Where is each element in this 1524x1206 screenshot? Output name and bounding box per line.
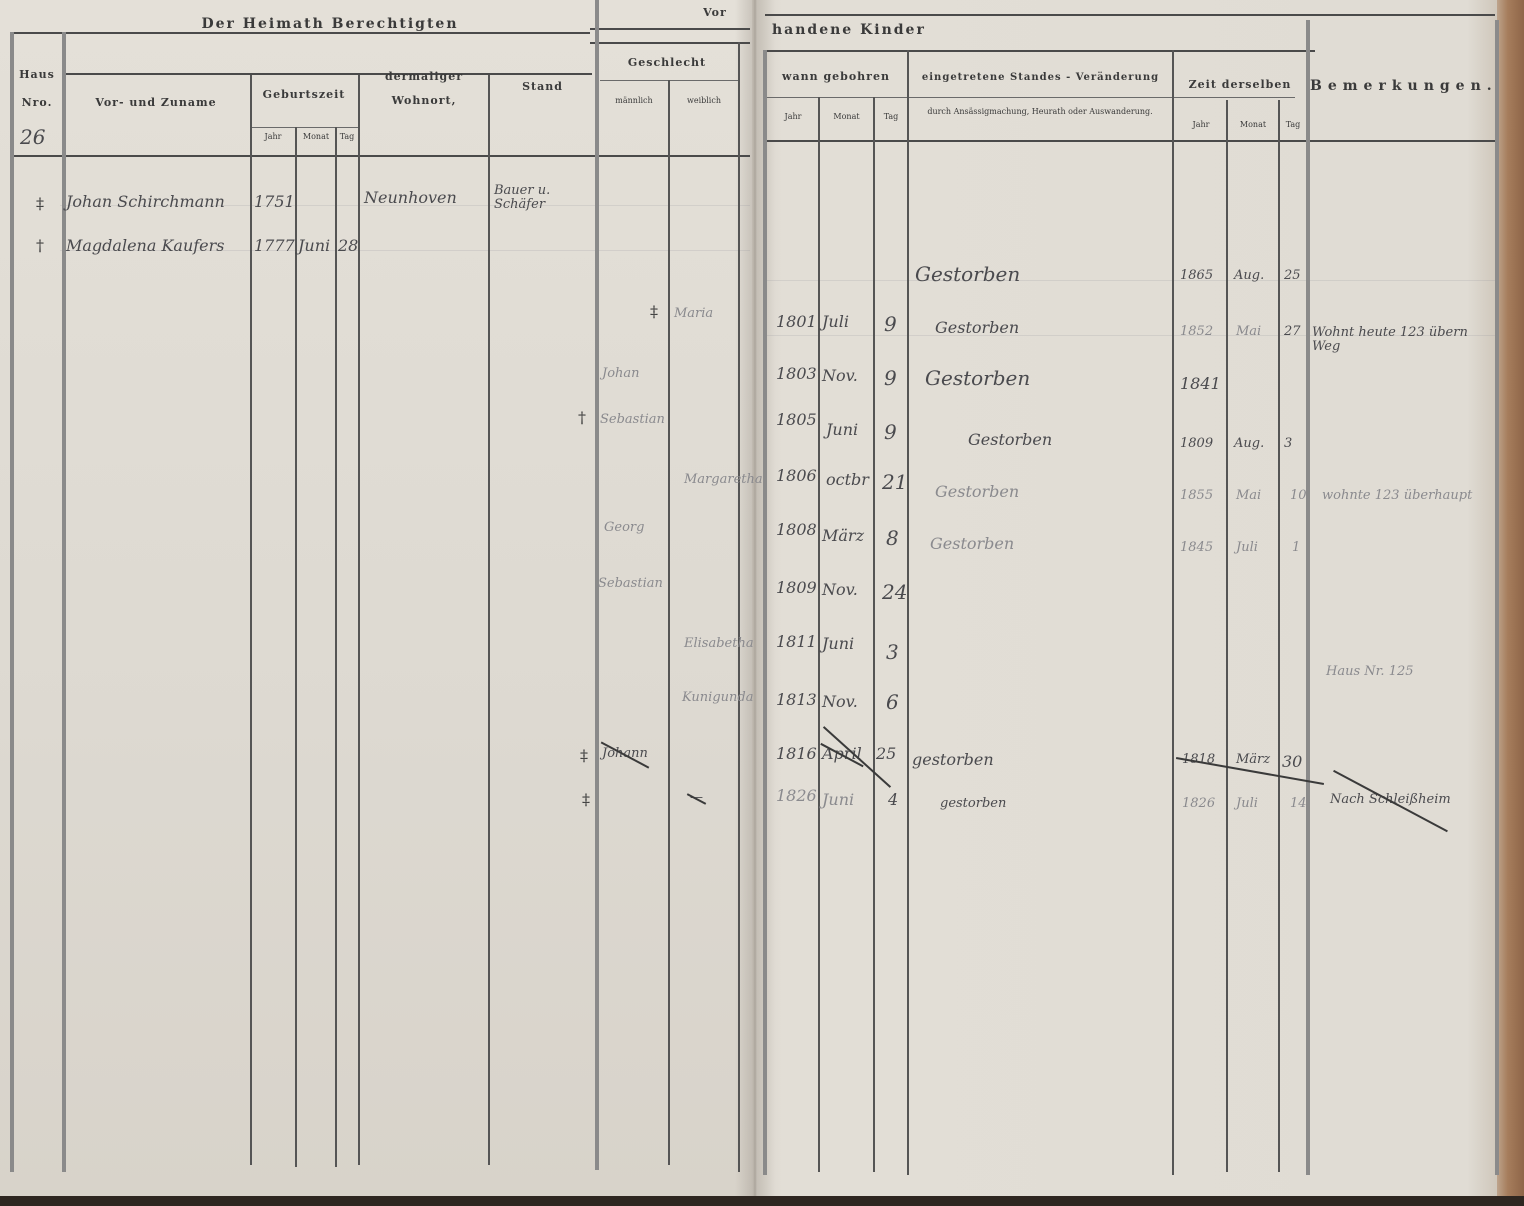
column-rule: [250, 75, 252, 1165]
col-standes-veraenderung: eingetretene Standes - Veränderung: [909, 72, 1172, 83]
parent-birth-year: 1777: [254, 236, 295, 255]
child-birth-year: 1801: [776, 312, 817, 331]
child-event-month: März: [1236, 752, 1270, 767]
child-event-day: 14: [1290, 796, 1307, 811]
child-event-month: Aug.: [1234, 436, 1264, 451]
parent-event: Gestorben: [915, 262, 1020, 286]
header-top-rule: [765, 14, 1495, 16]
child-event-year: 1845: [1180, 540, 1213, 555]
header-top-rule: [10, 32, 590, 34]
child-birth-month: Nov.: [822, 580, 858, 599]
banner-rule: [765, 50, 1315, 52]
child-male-name: Sebastian: [600, 412, 665, 427]
parent-event-day: 25: [1284, 268, 1301, 283]
deceased-mark: ‡: [650, 302, 658, 321]
child-event: Gestorben: [935, 318, 1019, 337]
child-birth-month: Juni: [822, 634, 854, 653]
child-birth-year: 1816: [776, 744, 817, 763]
col-kind-jahr: Jahr: [768, 112, 818, 121]
column-rule: [488, 75, 490, 1165]
child-birth-month: Nov.: [822, 692, 858, 711]
book-gutter: [735, 0, 775, 1198]
column-rule: [818, 97, 820, 1172]
child-male-name: Sebastian: [598, 576, 663, 591]
subheader-rule: [600, 80, 740, 81]
col-haus: Haus: [12, 68, 62, 81]
column-rule: [335, 127, 337, 1167]
child-note: Nach Schleißheim: [1330, 792, 1451, 807]
child-birth-year: 1806: [776, 466, 817, 485]
col-maennlich: männlich: [600, 96, 668, 105]
child-female-name: Kunigunda: [682, 690, 753, 705]
child-event-day: 3: [1284, 436, 1292, 451]
col-name: Vor- und Zuname: [62, 96, 250, 109]
child-event-year: 1809: [1180, 436, 1213, 451]
child-event-month: Juli: [1236, 796, 1258, 811]
parent-birth-year: 1751: [254, 192, 295, 211]
child-birth-day: 25: [876, 744, 896, 763]
child-female-name: Elisabetha: [684, 636, 754, 651]
book-edge: [1497, 0, 1524, 1206]
col-zeit-derselben: Zeit derselben: [1174, 78, 1306, 91]
child-birth-year: 1805: [776, 410, 817, 429]
child-event-day: 10: [1290, 488, 1307, 503]
child-birth-year: 1811: [776, 632, 817, 651]
child-event: Gestorben: [935, 482, 1019, 501]
parent-event-month: Aug.: [1234, 268, 1264, 283]
child-male-name: Johann: [602, 746, 648, 761]
col-geburtszeit: Geburtszeit: [250, 88, 358, 101]
column-rule: [10, 32, 14, 1172]
column-rule: [295, 127, 297, 1167]
parent-name: Johan Schirchmann: [66, 192, 225, 211]
child-event-year: 1826: [1182, 796, 1215, 811]
child-event-year: 1855: [1180, 488, 1213, 503]
parent-birth-day: 28: [338, 236, 358, 255]
parent-wohnort: Neunhoven: [364, 188, 457, 207]
col-zeit-tag: Tag: [1280, 120, 1306, 129]
child-birth-year: 1813: [776, 690, 817, 709]
left-page: [0, 0, 752, 1198]
child-birth-year: 1826: [776, 786, 817, 805]
child-birth-day: 24: [882, 580, 907, 604]
child-birth-day: 21: [882, 470, 907, 494]
child-birth-year: 1808: [776, 520, 817, 539]
deceased-mark: †: [578, 408, 586, 427]
column-rule: [668, 80, 670, 1165]
col-zeit-monat: Monat: [1228, 120, 1278, 129]
house-number: 26: [20, 125, 45, 149]
child-birth-day: 3: [886, 640, 899, 664]
child-birth-month: März: [822, 526, 864, 545]
child-female-name: Margaretha: [684, 472, 763, 487]
column-rule: [907, 50, 909, 1175]
banner-rule: [590, 42, 750, 44]
child-female-name: —: [690, 790, 703, 805]
child-female-name: Maria: [674, 306, 713, 321]
child-event-day: 1: [1292, 540, 1300, 555]
column-rule: [873, 97, 875, 1172]
col-nro: Nro.: [12, 96, 62, 109]
child-male-name: Johan: [602, 366, 640, 381]
header-top-rule: [590, 28, 750, 30]
subheader-rule: [250, 127, 360, 128]
col-wohnort-2: Wohnort,: [360, 94, 488, 107]
child-birth-day: 8: [886, 526, 899, 550]
child-event: gestorben: [940, 796, 1006, 811]
column-rule: [1306, 20, 1310, 1175]
deceased-mark: †: [36, 236, 44, 255]
child-birth-day: 9: [884, 312, 897, 336]
column-rule: [1495, 20, 1499, 1175]
banner-handene-kinder: handene Kinder: [772, 22, 932, 38]
col-stand: Stand: [490, 80, 595, 93]
child-event-day: 30: [1282, 752, 1302, 771]
child-event-year: 1841: [1180, 374, 1221, 393]
child-event: Gestorben: [925, 366, 1030, 390]
child-birth-day: 9: [884, 366, 897, 390]
child-event-month: Mai: [1236, 488, 1261, 503]
col-monat: Monat: [296, 132, 336, 141]
subheader-rule: [765, 97, 1295, 98]
deceased-mark: ‡: [36, 194, 44, 213]
parent-birth-month: Juni: [298, 236, 330, 255]
child-event: Gestorben: [930, 534, 1014, 553]
col-geschlecht: Geschlecht: [597, 56, 737, 69]
col-kind-tag: Tag: [875, 112, 907, 121]
banner-vor: Vor: [690, 6, 740, 19]
child-event-year: 1852: [1180, 324, 1213, 339]
child-birth-month: Juni: [822, 790, 854, 809]
child-birth-month: April: [822, 744, 862, 763]
book-bottom-edge: [0, 1196, 1524, 1206]
col-standes-sub: durch Ansässigmachung, Heurath oder Ausw…: [915, 106, 1165, 118]
column-rule: [763, 50, 767, 1175]
parent-name: Magdalena Kaufers: [66, 236, 225, 255]
right-page: [752, 0, 1497, 1198]
child-note: Wohnt heute 123 übern Weg: [1312, 326, 1492, 354]
deceased-mark: ‡: [580, 746, 588, 765]
col-weiblich: weiblich: [670, 96, 738, 105]
banner-heimath-berechtigten: Der Heimath Berechtigten: [180, 16, 480, 32]
child-male-name: Georg: [604, 520, 644, 535]
child-note: wohnte 123 überhaupt: [1322, 488, 1472, 503]
child-birth-month: Nov.: [822, 366, 858, 385]
child-birth-day: 4: [888, 790, 898, 809]
child-birth-day: 9: [884, 420, 897, 444]
child-birth-year: 1803: [776, 364, 817, 383]
col-wann-gebohren: wann gebohren: [765, 70, 907, 83]
col-zeit-jahr: Jahr: [1176, 120, 1226, 129]
child-event-day: 27: [1284, 324, 1301, 339]
column-rule: [1226, 100, 1228, 1172]
child-birth-month: Juni: [826, 420, 858, 439]
child-event-month: Juli: [1236, 540, 1258, 555]
open-register-book: Der Heimath Berechtigten Vor Haus Nro. 2…: [0, 0, 1524, 1206]
deceased-mark: ‡: [582, 790, 590, 809]
col-wohnort-1: dermaliger: [360, 70, 488, 83]
col-kind-monat: Monat: [820, 112, 873, 121]
column-rule: [738, 42, 740, 1172]
child-birth-year: 1809: [776, 578, 817, 597]
col-jahr: Jahr: [252, 132, 294, 141]
parent-event-year: 1865: [1180, 268, 1213, 283]
banner-rule: [62, 73, 592, 75]
parent-stand: Bauer u. Schäfer: [494, 184, 594, 212]
child-birth-day: 6: [886, 690, 899, 714]
child-event: Gestorben: [968, 430, 1052, 449]
column-rule: [1278, 100, 1280, 1172]
child-birth-month: Juli: [822, 312, 849, 331]
child-event: gestorben: [912, 750, 994, 769]
header-bottom-rule: [10, 155, 750, 157]
child-event-month: Mai: [1236, 324, 1261, 339]
column-rule: [1172, 50, 1174, 1175]
col-bemerkungen: Bemerkungen.: [1310, 78, 1495, 94]
col-tag: Tag: [336, 132, 358, 141]
child-birth-month: octbr: [826, 470, 869, 489]
child-note: Haus Nr. 125: [1326, 664, 1414, 679]
